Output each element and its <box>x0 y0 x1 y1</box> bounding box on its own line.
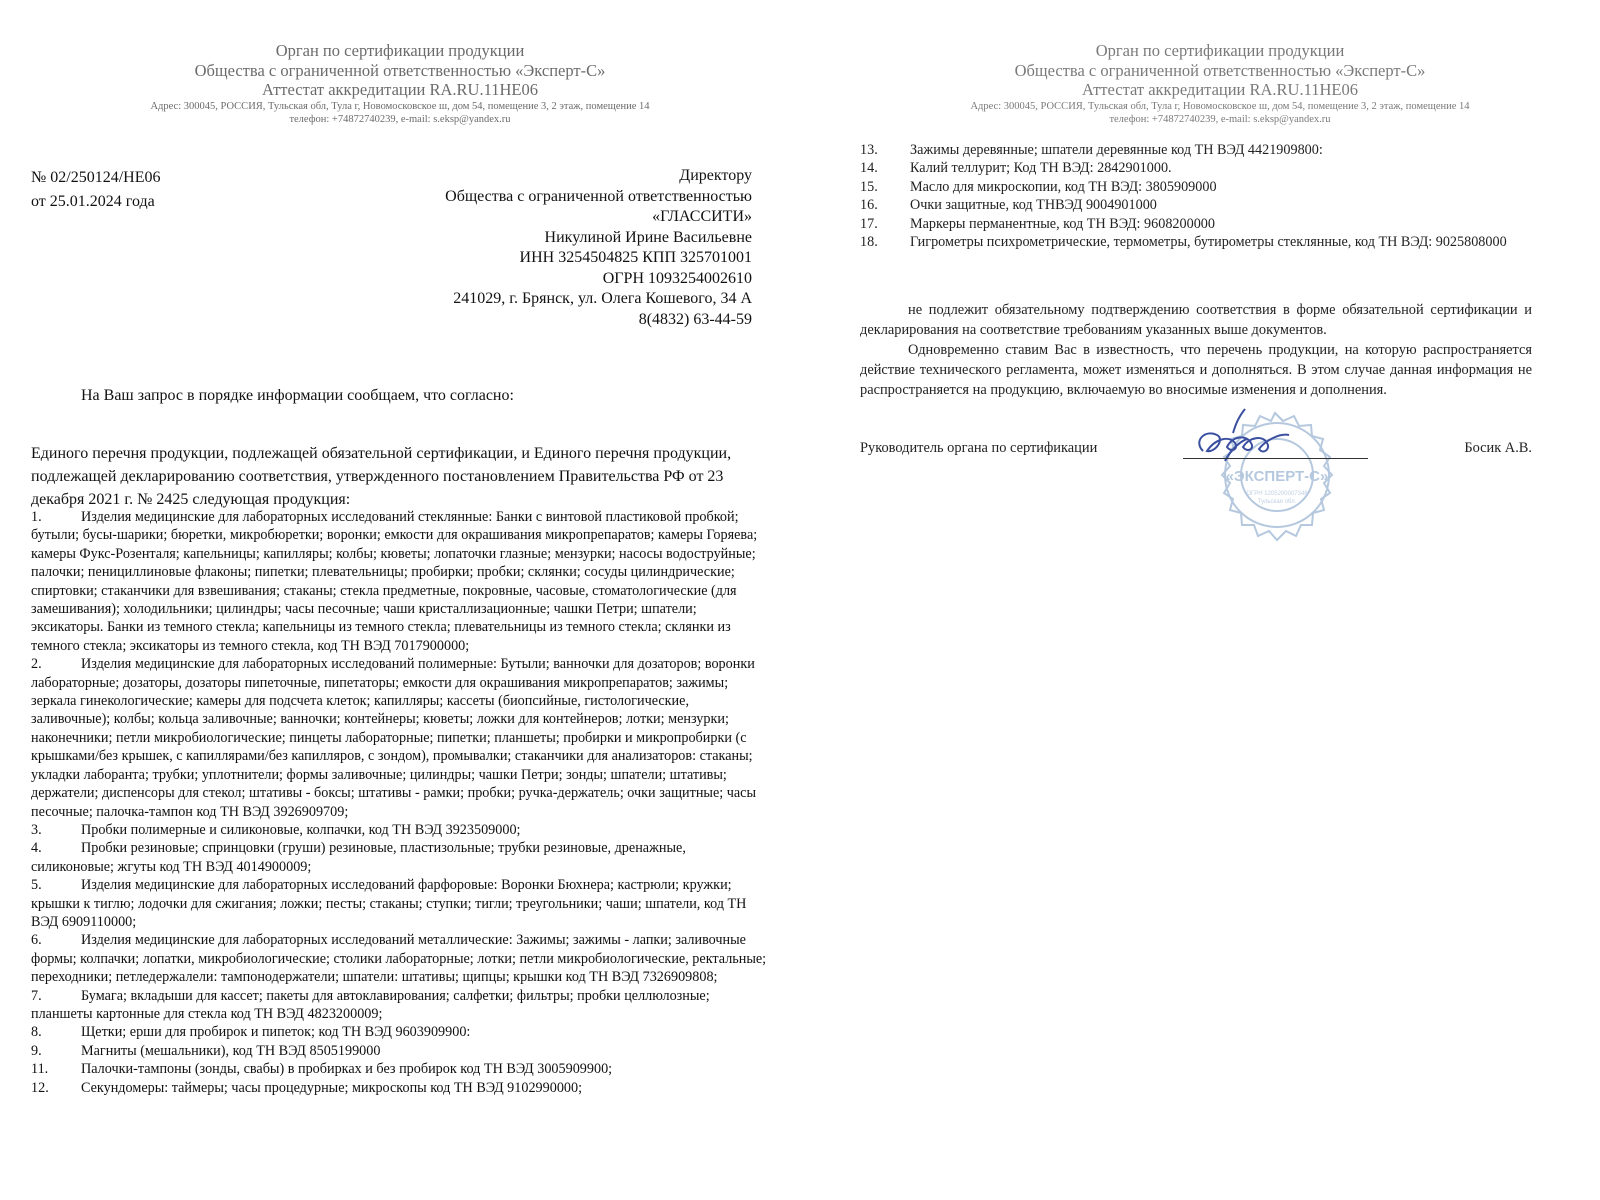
letterhead-org-title: Орган по сертификации продукции <box>920 41 1520 61</box>
svg-text:Тульская обл.: Тульская обл. <box>1258 499 1297 505</box>
item-number: 5. <box>31 876 81 894</box>
list-item: 11.Палочки-тампоны (зонды, свабы) в проб… <box>31 1060 771 1078</box>
addressee-line: ОГРН 1093254002610 <box>292 269 752 290</box>
item-text: Магниты (мешальники), код ТН ВЭД 8505199… <box>81 1043 380 1059</box>
item-number: 6. <box>31 931 81 949</box>
intro-sentence: На Ваш запрос в порядке информации сообщ… <box>81 386 514 406</box>
item-number: 4. <box>31 839 81 857</box>
list-item: 14.Калий теллурит; Код ТН ВЭД: 284290100… <box>860 159 1560 177</box>
closing-text: не подлежит обязательному подтверждению … <box>860 300 1532 400</box>
list-item: 16.Очки защитные, код ТНВЭД 9004901000 <box>860 196 1560 214</box>
item-text: Изделия медицинские для лабораторных исс… <box>31 509 757 654</box>
letterhead-company: Общества с ограниченной ответственностью… <box>100 61 700 81</box>
signatory-title: Руководитель органа по сертификации <box>860 440 1097 457</box>
letterhead-accreditation: Аттестат аккредитации RA.RU.11НЕ06 <box>920 80 1520 100</box>
addressee-line: Директору <box>292 166 752 187</box>
closing-paragraph-2: Одновременно ставим Вас в известность, ч… <box>860 340 1532 400</box>
item-number: 14. <box>860 159 910 177</box>
list-item: 18.Гигрометры психрометрические, термоме… <box>860 233 1560 251</box>
product-list-continued: 13.Зажимы деревянные; шпатели деревянные… <box>860 141 1560 251</box>
addressee-block: Директору Общества с ограниченной ответс… <box>292 166 752 330</box>
item-number: 11. <box>31 1060 81 1078</box>
addressee-line: Общества с ограниченной ответственностью <box>292 187 752 208</box>
item-text: Палочки-тампоны (зонды, свабы) в пробирк… <box>81 1061 612 1077</box>
list-item: 15.Масло для микроскопии, код ТН ВЭД: 38… <box>860 178 1560 196</box>
document-reference: № 02/250124/НЕ06 от 25.01.2024 года <box>31 166 160 213</box>
item-number: 13. <box>860 141 910 159</box>
item-number: 8. <box>31 1023 81 1041</box>
letter-page-2: Орган по сертификации продукции Общества… <box>860 0 1580 1200</box>
document-date: от 25.01.2024 года <box>31 190 160 214</box>
item-text: Секундомеры: таймеры; часы процедурные; … <box>81 1080 582 1096</box>
item-text: Масло для микроскопии, код ТН ВЭД: 38059… <box>910 179 1217 195</box>
item-text: Щетки; ерши для пробирок и пипеток; код … <box>81 1024 470 1040</box>
signatory-name: Босик А.В. <box>1464 440 1532 457</box>
legal-basis-paragraph: Единого перечня продукции, подлежащей об… <box>31 442 761 511</box>
addressee-line: Никулиной Ирине Васильевне <box>292 228 752 249</box>
item-number: 16. <box>860 196 910 214</box>
list-item: 2.Изделия медицинские для лабораторных и… <box>31 655 771 821</box>
letterhead-address: Адрес: 300045, РОССИЯ, Тульская обл, Тул… <box>100 100 700 113</box>
addressee-line: 8(4832) 63-44-59 <box>292 310 752 331</box>
item-number: 15. <box>860 178 910 196</box>
item-number: 17. <box>860 215 910 233</box>
item-text: Гигрометры психрометрические, термометры… <box>910 234 1507 250</box>
letter-page-1: Орган по сертификации продукции Общества… <box>0 0 800 1200</box>
item-text: Калий теллурит; Код ТН ВЭД: 2842901000. <box>910 160 1172 176</box>
letterhead-contacts: телефон: +74872740239, e-mail: s.eksp@ya… <box>920 113 1520 126</box>
list-item: 4.Пробки резиновые; спринцовки (груши) р… <box>31 839 771 876</box>
addressee-line: «ГЛАССИТИ» <box>292 207 752 228</box>
item-text: Изделия медицинские для лабораторных исс… <box>31 656 756 819</box>
addressee-line: ИНН 3254504825 КПП 325701001 <box>292 248 752 269</box>
letterhead-contacts: телефон: +74872740239, e-mail: s.eksp@ya… <box>100 113 700 126</box>
letterhead-company: Общества с ограниченной ответственностью… <box>920 61 1520 81</box>
signature-line <box>1183 458 1368 459</box>
item-number: 3. <box>31 821 81 839</box>
letterhead-address: Адрес: 300045, РОССИЯ, Тульская обл, Тул… <box>920 100 1520 113</box>
list-item: 5.Изделия медицинские для лабораторных и… <box>31 876 771 931</box>
item-text: Маркеры перманентные, код ТН ВЭД: 960820… <box>910 216 1215 232</box>
list-item: 13.Зажимы деревянные; шпатели деревянные… <box>860 141 1560 159</box>
document-number: № 02/250124/НЕ06 <box>31 166 160 190</box>
item-text: Изделия медицинские для лабораторных исс… <box>31 877 746 930</box>
item-text: Зажимы деревянные; шпатели деревянные ко… <box>910 142 1323 158</box>
list-item: 7.Бумага; вкладыши для кассет; пакеты дл… <box>31 987 771 1024</box>
item-number: 2. <box>31 655 81 673</box>
product-list: 1.Изделия медицинские для лабораторных и… <box>31 508 771 1097</box>
handwritten-signature-icon <box>1185 405 1305 475</box>
list-item: 12.Секундомеры: таймеры; часы процедурны… <box>31 1079 771 1097</box>
item-text: Очки защитные, код ТНВЭД 9004901000 <box>910 197 1157 213</box>
letterhead: Орган по сертификации продукции Общества… <box>100 41 700 126</box>
closing-paragraph-1: не подлежит обязательному подтверждению … <box>860 300 1532 340</box>
item-number: 12. <box>31 1079 81 1097</box>
item-number: 1. <box>31 508 81 526</box>
item-number: 7. <box>31 987 81 1005</box>
addressee-line: 241029, г. Брянск, ул. Олега Кошевого, 3… <box>292 289 752 310</box>
list-item: 8.Щетки; ерши для пробирок и пипеток; ко… <box>31 1023 771 1041</box>
item-text: Бумага; вкладыши для кассет; пакеты для … <box>31 988 710 1022</box>
letterhead: Орган по сертификации продукции Общества… <box>920 41 1520 126</box>
item-text: Изделия медицинские для лабораторных исс… <box>31 932 766 985</box>
list-item: 1.Изделия медицинские для лабораторных и… <box>31 508 771 655</box>
list-item: 17.Маркеры перманентные, код ТН ВЭД: 960… <box>860 215 1560 233</box>
list-item: 6.Изделия медицинские для лабораторных и… <box>31 931 771 986</box>
list-item: 9.Магниты (мешальники), код ТН ВЭД 85051… <box>31 1042 771 1060</box>
item-number: 18. <box>860 233 910 251</box>
letterhead-accreditation: Аттестат аккредитации RA.RU.11НЕ06 <box>100 80 700 100</box>
letterhead-org-title: Орган по сертификации продукции <box>100 41 700 61</box>
item-number: 9. <box>31 1042 81 1060</box>
item-text: Пробки резиновые; спринцовки (груши) рез… <box>31 840 686 874</box>
svg-text:ОГРН 1205200007348: ОГРН 1205200007348 <box>1246 491 1308 497</box>
list-item: 3.Пробки полимерные и силиконовые, колпа… <box>31 821 771 839</box>
item-text: Пробки полимерные и силиконовые, колпачк… <box>81 822 520 838</box>
